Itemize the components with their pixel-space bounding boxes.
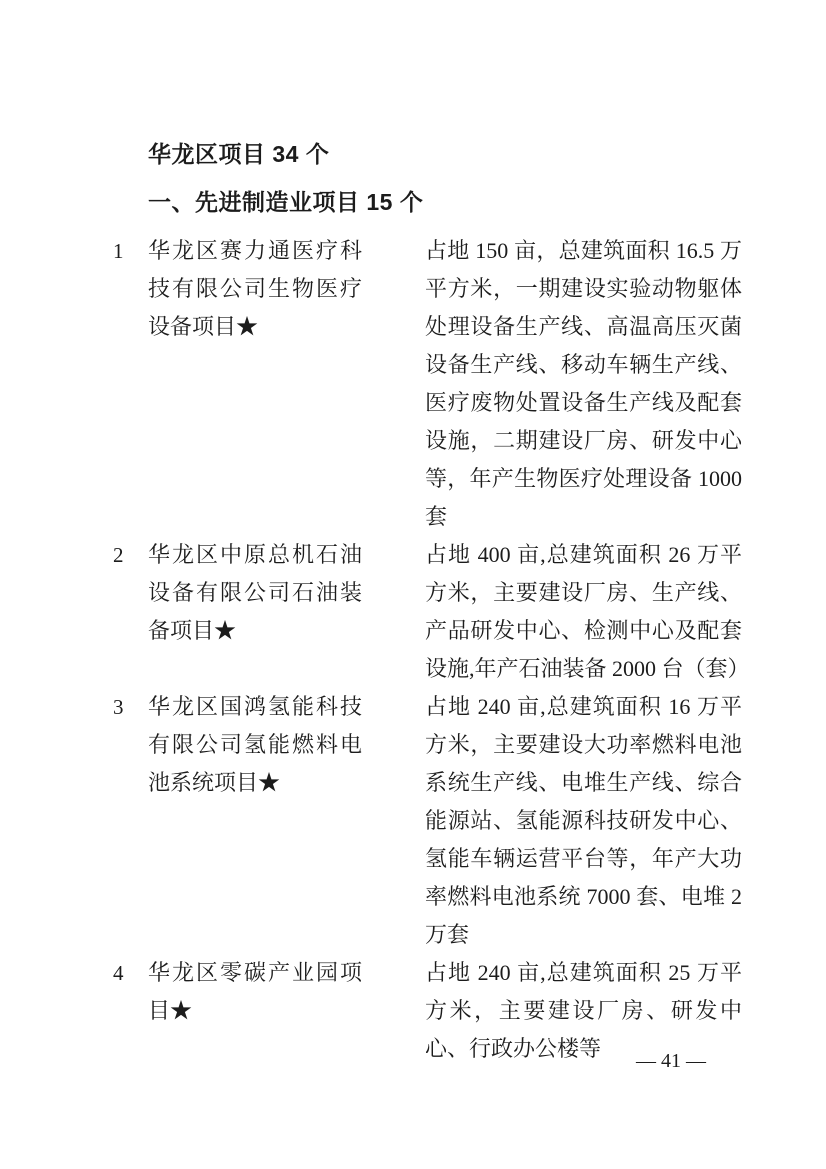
table-row: 1 华龙区赛力通医疗科技有限公司生物医疗设备项目★ 占地 150 亩，总建筑面积… (113, 232, 741, 536)
project-description: 占地 150 亩，总建筑面积 16.5 万平方米，一期建设实验动物躯体处理设备生… (425, 232, 742, 536)
project-name: 华龙区零碳产业园项目★ (148, 954, 362, 1030)
section-heading: 一、先进制造业项目 15 个 (148, 188, 741, 216)
project-description: 占地 240 亩,总建筑面积 16 万平方米，主要建设大功率燃料电池系统生产线、… (425, 688, 742, 954)
page-number-text: — 41 — (636, 1050, 706, 1072)
project-name: 华龙区国鸿氢能科技有限公司氢能燃料电池系统项目★ (148, 688, 362, 802)
document-page: 华龙区项目 34 个 一、先进制造业项目 15 个 1 华龙区赛力通医疗科技有限… (0, 0, 826, 1169)
table-row: 3 华龙区国鸿氢能科技有限公司氢能燃料电池系统项目★ 占地 240 亩,总建筑面… (113, 688, 741, 954)
project-description: 占地 400 亩,总建筑面积 26 万平方米，主要建设厂房、生产线、产品研发中心… (425, 536, 742, 688)
page-number: — 41 — (0, 1048, 826, 1074)
project-number: 3 (113, 688, 148, 726)
project-number: 4 (113, 954, 148, 992)
project-name: 华龙区赛力通医疗科技有限公司生物医疗设备项目★ (148, 232, 362, 346)
project-table: 1 华龙区赛力通医疗科技有限公司生物医疗设备项目★ 占地 150 亩，总建筑面积… (113, 232, 741, 1068)
project-number: 1 (113, 232, 148, 270)
project-number: 2 (113, 536, 148, 574)
page-title: 华龙区项目 34 个 (148, 140, 741, 168)
project-name: 华龙区中原总机石油设备有限公司石油装备项目★ (148, 536, 362, 650)
table-row: 2 华龙区中原总机石油设备有限公司石油装备项目★ 占地 400 亩,总建筑面积 … (113, 536, 741, 688)
